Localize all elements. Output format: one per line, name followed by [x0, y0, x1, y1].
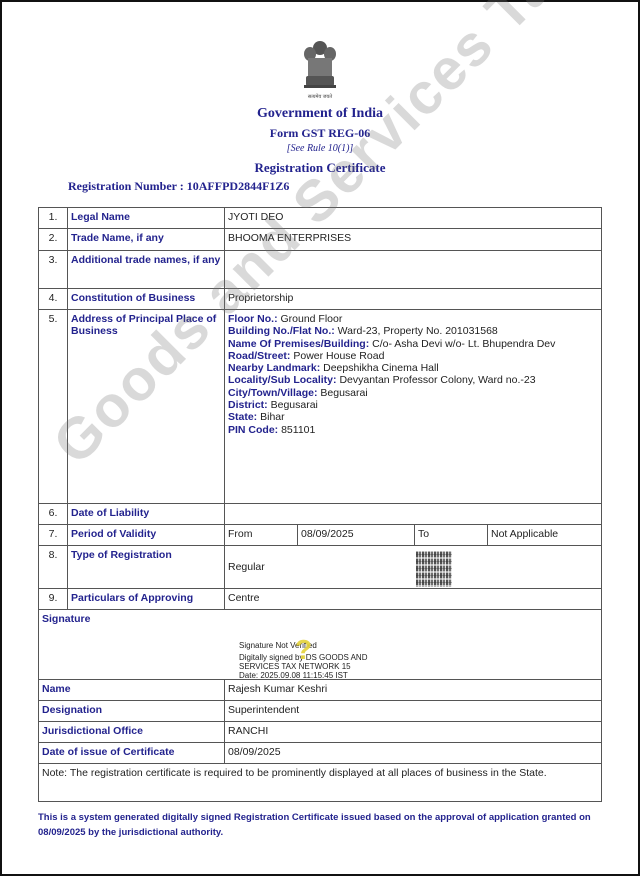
- table-row: Date of issue of Certificate 08/09/2025: [39, 743, 602, 764]
- certificate-title: Registration Certificate: [0, 160, 640, 176]
- table-row: 8. Type of Registration Regular: [39, 546, 602, 589]
- jurisdiction-label: Jurisdictional Office: [39, 722, 225, 743]
- table-row: 6. Date of Liability: [39, 504, 602, 525]
- unverified-question-icon: ?: [295, 645, 312, 654]
- row-number: 8.: [39, 546, 68, 589]
- row-label: Legal Name: [68, 208, 225, 229]
- row-label: Type of Registration: [68, 546, 225, 589]
- validity-from-value: 08/09/2025: [298, 525, 415, 546]
- digital-signature-block: Signature Not Verified Digitally signed …: [239, 641, 368, 680]
- address-line: PIN Code: 851101: [228, 424, 598, 436]
- date-of-liability-value: [225, 504, 602, 525]
- qr-code-icon: [416, 551, 452, 587]
- address-line: Building No./Flat No.: Ward-23, Property…: [228, 325, 598, 337]
- note-row: Note: The registration certificate is re…: [39, 764, 602, 802]
- issue-date-value: 08/09/2025: [225, 743, 602, 764]
- issue-date-label: Date of issue of Certificate: [39, 743, 225, 764]
- officer-name-label: Name: [39, 680, 225, 701]
- row-number: 4.: [39, 289, 68, 310]
- validity-to-label: To: [415, 525, 488, 546]
- legal-name-value: JYOTI DEO: [225, 208, 602, 229]
- registration-number-value: 10AFFPD2844F1Z6: [187, 179, 290, 193]
- officer-name-value: Rajesh Kumar Keshri: [225, 680, 602, 701]
- table-row: 5. Address of Principal Place of Busines…: [39, 310, 602, 504]
- table-row: 3. Additional trade names, if any: [39, 251, 602, 289]
- table-row: 9. Particulars of Approving Centre: [39, 589, 602, 610]
- row-number: 2.: [39, 229, 68, 251]
- row-number: 1.: [39, 208, 68, 229]
- note-text: Note: The registration certificate is re…: [39, 764, 602, 802]
- table-row: 4. Constitution of Business Proprietorsh…: [39, 289, 602, 310]
- additional-trade-names-value: [225, 251, 602, 289]
- table-row: Designation Superintendent: [39, 701, 602, 722]
- address-line: Road/Street: Power House Road: [228, 350, 598, 362]
- signature-date: Date: 2025.09.08 11:15:45 IST: [239, 671, 368, 680]
- constitution-value: Proprietorship: [225, 289, 602, 310]
- table-row: 7. Period of Validity From 08/09/2025 To…: [39, 525, 602, 546]
- row-number: 9.: [39, 589, 68, 610]
- address-line: Name Of Premises/Building: C/o- Asha Dev…: [228, 338, 598, 350]
- jurisdiction-value: RANCHI: [225, 722, 602, 743]
- approving-authority-value: Centre: [225, 589, 602, 610]
- row-label: Particulars of Approving: [68, 589, 225, 610]
- row-number: 5.: [39, 310, 68, 504]
- address-line: City/Town/Village: Begusarai: [228, 387, 598, 399]
- national-emblem-icon: सत्यमेव जयते: [298, 38, 342, 102]
- row-label: Trade Name, if any: [68, 229, 225, 251]
- row-number: 6.: [39, 504, 68, 525]
- address-line: Floor No.: Ground Floor: [228, 313, 598, 325]
- address-line: District: Begusarai: [228, 399, 598, 411]
- table-row: 2. Trade Name, if any BHOOMA ENTERPRISES: [39, 229, 602, 251]
- designation-label: Designation: [39, 701, 225, 722]
- designation-value: Superintendent: [225, 701, 602, 722]
- address-line: Locality/Sub Locality: Devyantan Profess…: [228, 374, 598, 386]
- validity-to-value: Not Applicable: [488, 525, 602, 546]
- row-label: Constitution of Business: [68, 289, 225, 310]
- table-row: Jurisdictional Office RANCHI: [39, 722, 602, 743]
- address-block: Floor No.: Ground Floor Building No./Fla…: [225, 310, 602, 504]
- government-title: Government of India: [0, 106, 640, 122]
- certificate-table: 1. Legal Name JYOTI DEO 2. Trade Name, i…: [38, 207, 602, 802]
- footer-statement: This is a system generated digitally sig…: [38, 810, 598, 840]
- table-row: 1. Legal Name JYOTI DEO: [39, 208, 602, 229]
- row-number: 7.: [39, 525, 68, 546]
- address-line: State: Bihar: [228, 411, 598, 423]
- row-label: Additional trade names, if any: [68, 251, 225, 289]
- address-line: Nearby Landmark: Deepshikha Cinema Hall: [228, 362, 598, 374]
- row-label: Date of Liability: [68, 504, 225, 525]
- rule-reference: [See Rule 10(1)]: [0, 143, 640, 154]
- registration-type-value: Regular: [225, 546, 602, 589]
- trade-name-value: BHOOMA ENTERPRISES: [225, 229, 602, 251]
- registration-number-label: Registration Number :: [68, 179, 184, 193]
- form-title: Form GST REG-06: [0, 126, 640, 141]
- row-number: 3.: [39, 251, 68, 289]
- row-label: Period of Validity: [68, 525, 225, 546]
- registration-number: Registration Number : 10AFFPD2844F1Z6: [68, 179, 289, 194]
- row-label: Address of Principal Place of Business: [68, 310, 225, 504]
- svg-text:सत्यमेव जयते: सत्यमेव जयते: [308, 93, 332, 100]
- validity-from-label: From: [225, 525, 298, 546]
- table-row: Name Rajesh Kumar Keshri: [39, 680, 602, 701]
